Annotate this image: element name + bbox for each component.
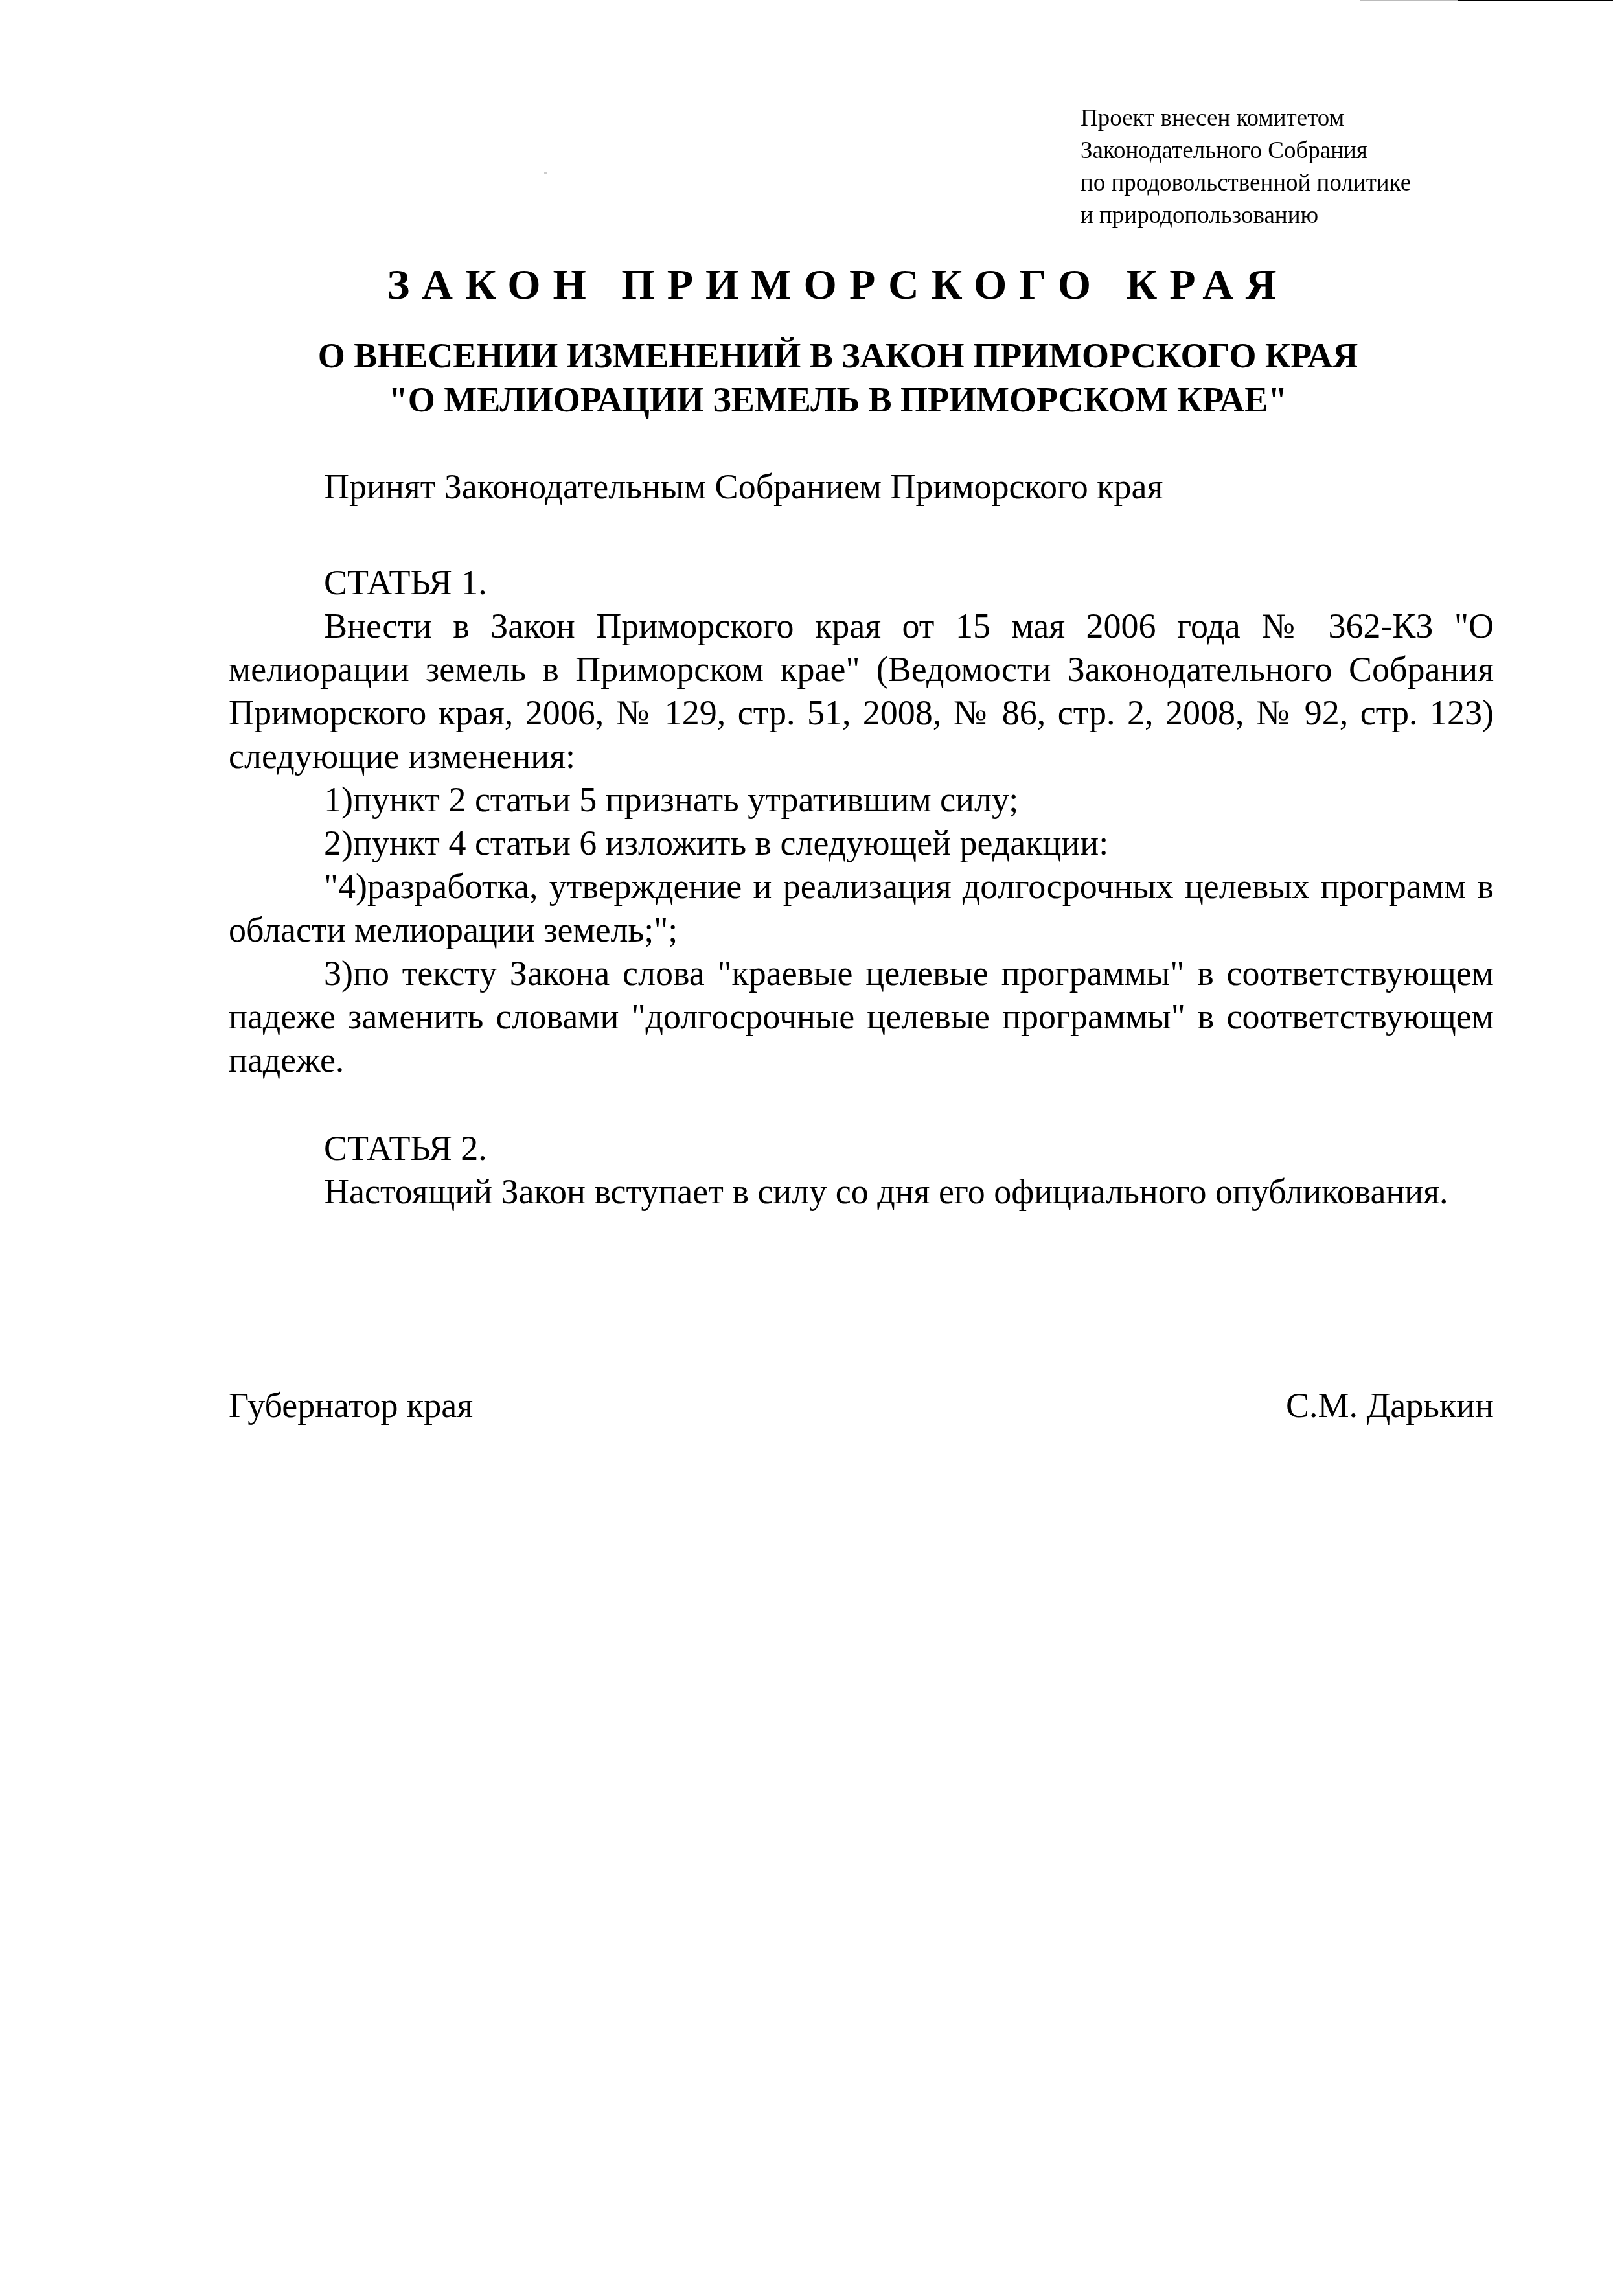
law-title: ЗАКОН ПРИМОРСКОГО КРАЯ [0, 259, 1624, 311]
signature-block: Губернатор края С.М. Дарькин [229, 1384, 1494, 1427]
committee-note: Проект внесен комитетом Законодательного… [1081, 102, 1411, 232]
scan-artifact-line [1458, 0, 1613, 1]
committee-note-line: Проект внесен комитетом [1081, 102, 1411, 135]
adopted-by-statement: Принят Законодательным Собранием Приморс… [324, 465, 1163, 508]
article-paragraph: "4)разработка, утверждение и реализация … [229, 865, 1494, 952]
signatory-name: С.М. Дарькин [1286, 1384, 1494, 1427]
law-subtitle-line: О ВНЕСЕНИИ ИЗМЕНЕНИЙ В ЗАКОН ПРИМОРСКОГО… [52, 334, 1624, 378]
article-paragraph: 2)пункт 4 статьи 6 изложить в следующей … [229, 822, 1494, 865]
committee-note-line: по продовольственной политике [1081, 167, 1411, 200]
law-subtitle-line: "О МЕЛИОРАЦИИ ЗЕМЕЛЬ В ПРИМОРСКОМ КРАЕ" [52, 378, 1624, 422]
article-heading: СТАТЬЯ 1. [229, 561, 1494, 605]
article-paragraph: Настоящий Закон вступает в силу со дня е… [229, 1170, 1494, 1214]
article-1: СТАТЬЯ 1. Внести в Закон Приморского кра… [229, 561, 1494, 1082]
scan-artifact-dot [544, 172, 547, 174]
article-2: СТАТЬЯ 2. Настоящий Закон вступает в сил… [229, 1127, 1494, 1214]
committee-note-line: и природопользованию [1081, 200, 1411, 232]
article-heading: СТАТЬЯ 2. [229, 1127, 1494, 1170]
article-paragraph: 3)по тексту Закона слова "краевые целевы… [229, 952, 1494, 1082]
law-subtitle: О ВНЕСЕНИИ ИЗМЕНЕНИЙ В ЗАКОН ПРИМОРСКОГО… [0, 334, 1624, 422]
article-paragraph: Внести в Закон Приморского края от 15 ма… [229, 605, 1494, 778]
signatory-position: Губернатор края [229, 1384, 473, 1427]
committee-note-line: Законодательного Собрания [1081, 135, 1411, 167]
article-paragraph: 1)пункт 2 статьи 5 признать утратившим с… [229, 778, 1494, 822]
